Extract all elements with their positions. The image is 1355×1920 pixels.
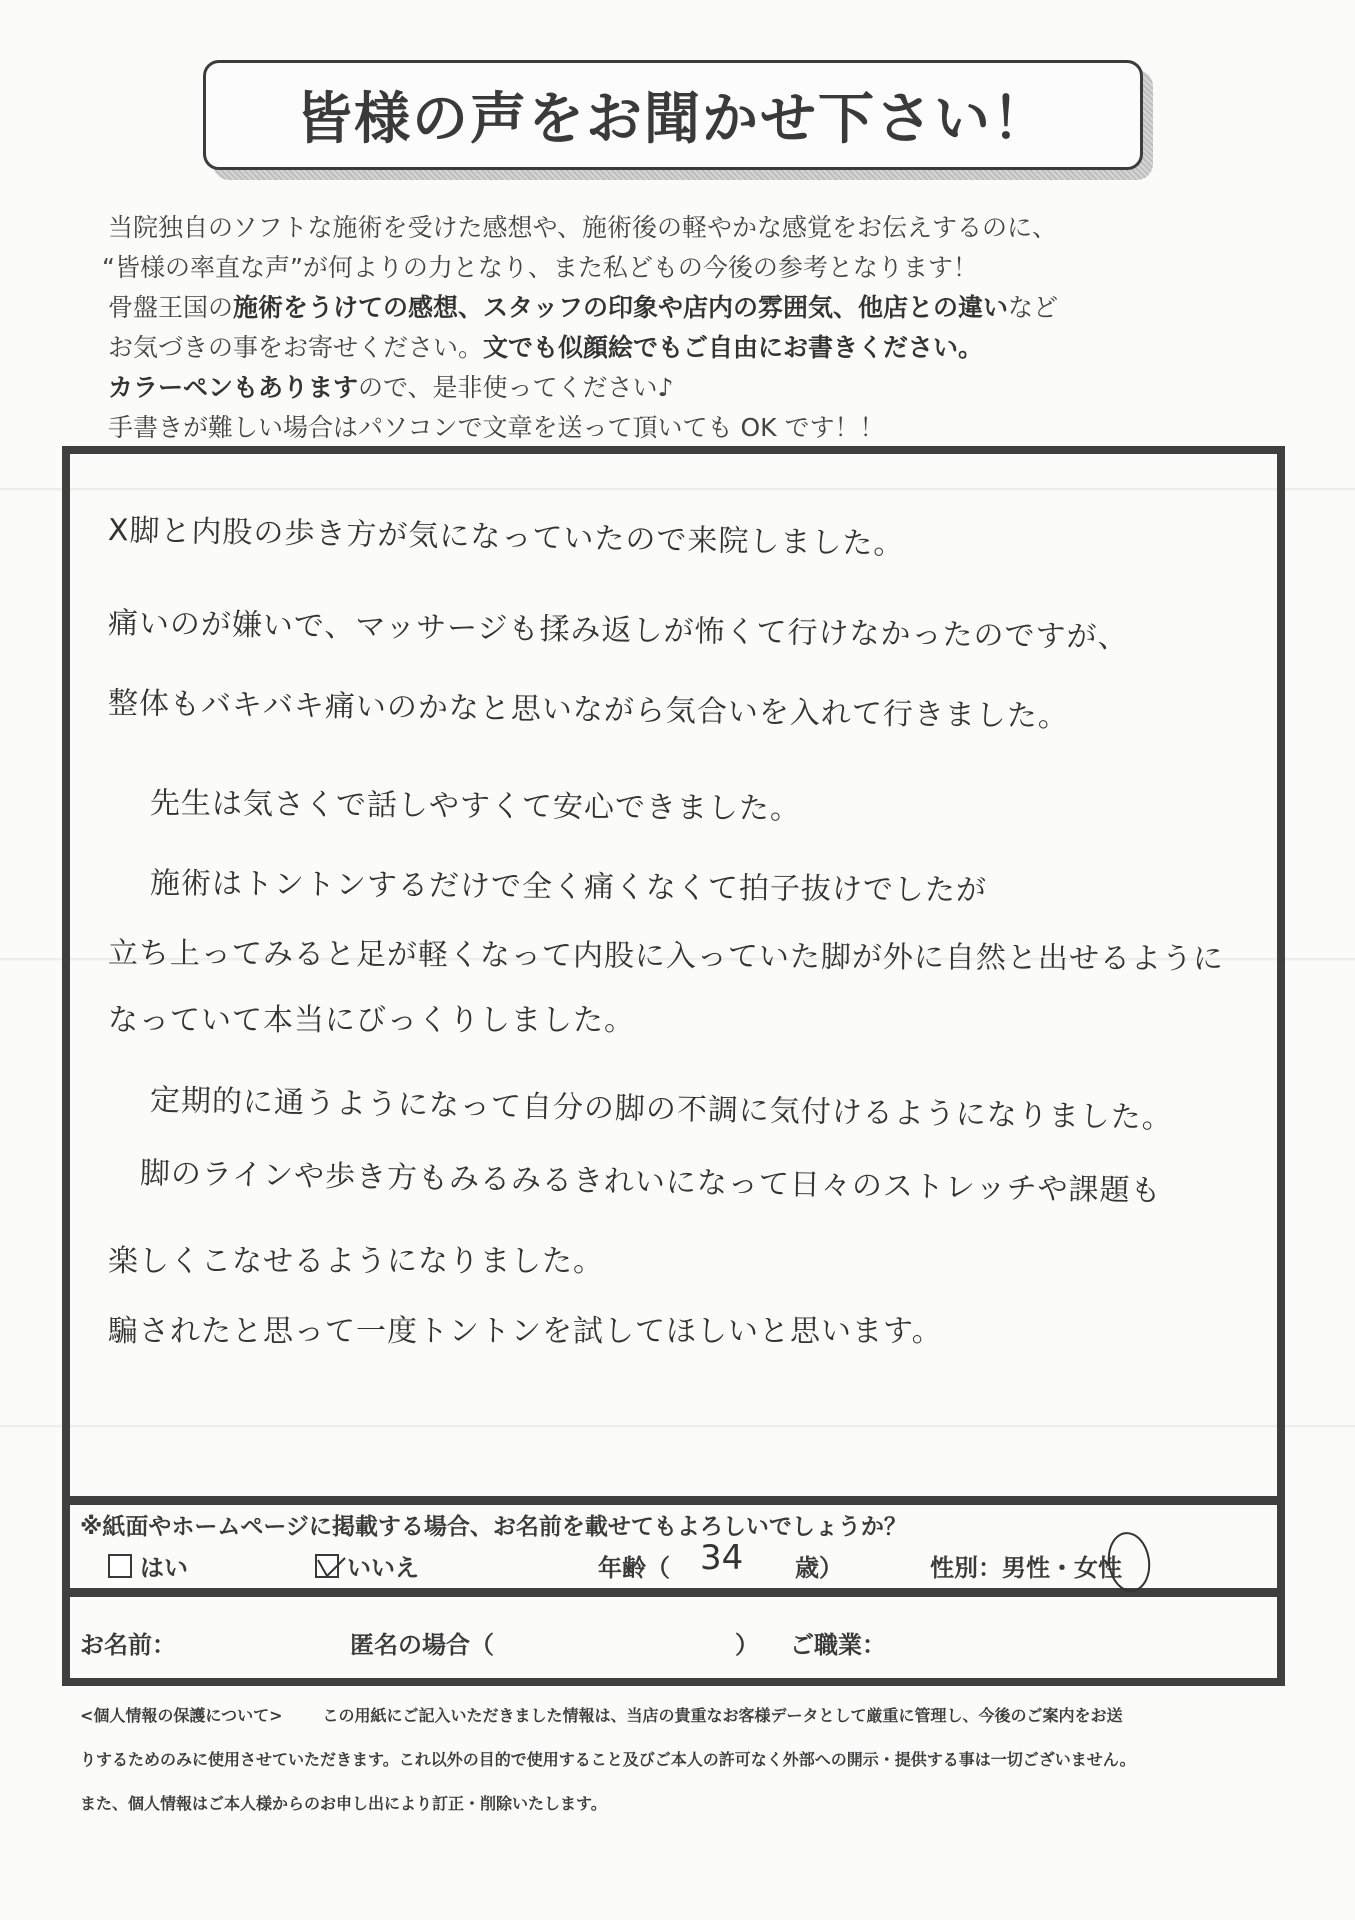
section-divider bbox=[62, 1588, 1285, 1597]
handwritten-line: 施術はトントンするだけで全く痛くなくて拍子抜けでしたが bbox=[150, 858, 987, 909]
intro-line: 手書きが難しい場合はパソコンで文章を送って頂いても OK です！！ bbox=[108, 408, 1288, 448]
intro-text-bold: カラーペンもあります bbox=[108, 373, 358, 402]
consent-no-label: いいえ bbox=[347, 1548, 419, 1583]
checkmark-icon bbox=[315, 1550, 347, 1580]
handwritten-line: 先生は気さくで話しやすくて安心できました。 bbox=[150, 778, 801, 828]
privacy-text: この用紙にご記入いただきました情報は、当店の貴重なお客様データとして厳重に管理し… bbox=[323, 1706, 1123, 1725]
title-box: 皆様の声をお聞かせ下さい！ bbox=[203, 60, 1143, 170]
checkbox-no-checked[interactable] bbox=[315, 1554, 339, 1578]
intro-text-normal: お気づきの事をお寄せください。 bbox=[108, 333, 483, 362]
consent-no-option[interactable]: いいえ bbox=[315, 1548, 419, 1583]
intro-text-normal: ので、是非使ってください♪ bbox=[358, 373, 673, 402]
intro-text-normal: など bbox=[1008, 293, 1058, 322]
privacy-line: <個人情報の保護について>この用紙にご記入いただきました情報は、当店の貴重なお客… bbox=[80, 1694, 1280, 1738]
intro-line: “皆様の率直な声”が何よりの力となり、また私どもの今後の参考となります！ bbox=[102, 248, 1288, 288]
checkbox-yes[interactable] bbox=[108, 1554, 132, 1578]
name-label: お名前： bbox=[80, 1625, 176, 1660]
handwritten-line: なっていて本当にびっくりしました。 bbox=[108, 995, 635, 1039]
intro-line: お気づきの事をお寄せください。文でも似顔絵でもご自由にお書きください。 bbox=[108, 328, 1288, 368]
intro-line: 当院独自のソフトな施術を受けた感想や、施術後の軽やかな感覚をお伝えするのに、 bbox=[108, 208, 1288, 248]
intro-text-bold: 施術をうけての感想、スタッフの印象や店内の雰囲気、他店との違い bbox=[233, 293, 1008, 322]
gender-label: 性別：男性・女性 bbox=[930, 1548, 1122, 1583]
consent-question: ※紙面やホームページに掲載する場合、お名前を載せてもよろしいでしょうか？ bbox=[80, 1508, 907, 1541]
page-title: 皆様の声をお聞かせ下さい！ bbox=[296, 75, 1050, 155]
intro-text-normal: 骨盤王国の bbox=[108, 293, 233, 322]
privacy-notice: <個人情報の保護について>この用紙にご記入いただきました情報は、当店の貴重なお客… bbox=[80, 1694, 1280, 1826]
privacy-heading: <個人情報の保護について> bbox=[80, 1706, 283, 1725]
privacy-line: りするためのみに使用させていただきます。これ以外の目的で使用すること及びご本人の… bbox=[80, 1738, 1280, 1782]
intro-text: 当院独自のソフトな施術を受けた感想や、施術後の軽やかな感覚をお伝えするのに、 “… bbox=[108, 208, 1288, 448]
intro-text-bold: 文でも似顔絵でもご自由にお書きください。 bbox=[483, 333, 983, 362]
age-value[interactable]: 34 bbox=[700, 1538, 743, 1578]
handwritten-line: 立ち上ってみると足が軽くなって内股に入っていた脚が外に自然と出せるように bbox=[108, 928, 1224, 978]
occupation-label: ご職業： bbox=[790, 1625, 886, 1660]
consent-yes-option[interactable]: はい bbox=[108, 1548, 188, 1583]
intro-line: 骨盤王国の施術をうけての感想、スタッフの印象や店内の雰囲気、他店との違いなど bbox=[108, 288, 1288, 328]
age-label-open: 年齢（ bbox=[598, 1548, 670, 1583]
handwritten-line: 楽しくこなせるようになりました。 bbox=[108, 1236, 604, 1280]
anonymous-label: 匿名の場合（ bbox=[350, 1625, 494, 1660]
section-divider bbox=[62, 1496, 1285, 1505]
consent-yes-label: はい bbox=[140, 1548, 188, 1583]
intro-line: カラーペンもありますので、是非使ってください♪ bbox=[108, 368, 1288, 408]
anonymous-close: ） bbox=[735, 1625, 759, 1660]
handwritten-line: 騙されたと思って一度トントンを試してほしいと思います。 bbox=[108, 1306, 943, 1350]
privacy-line: また、個人情報はご本人様からのお申し出により訂正・削除いたします。 bbox=[80, 1782, 1280, 1826]
age-label-close: 歳） bbox=[795, 1548, 843, 1583]
